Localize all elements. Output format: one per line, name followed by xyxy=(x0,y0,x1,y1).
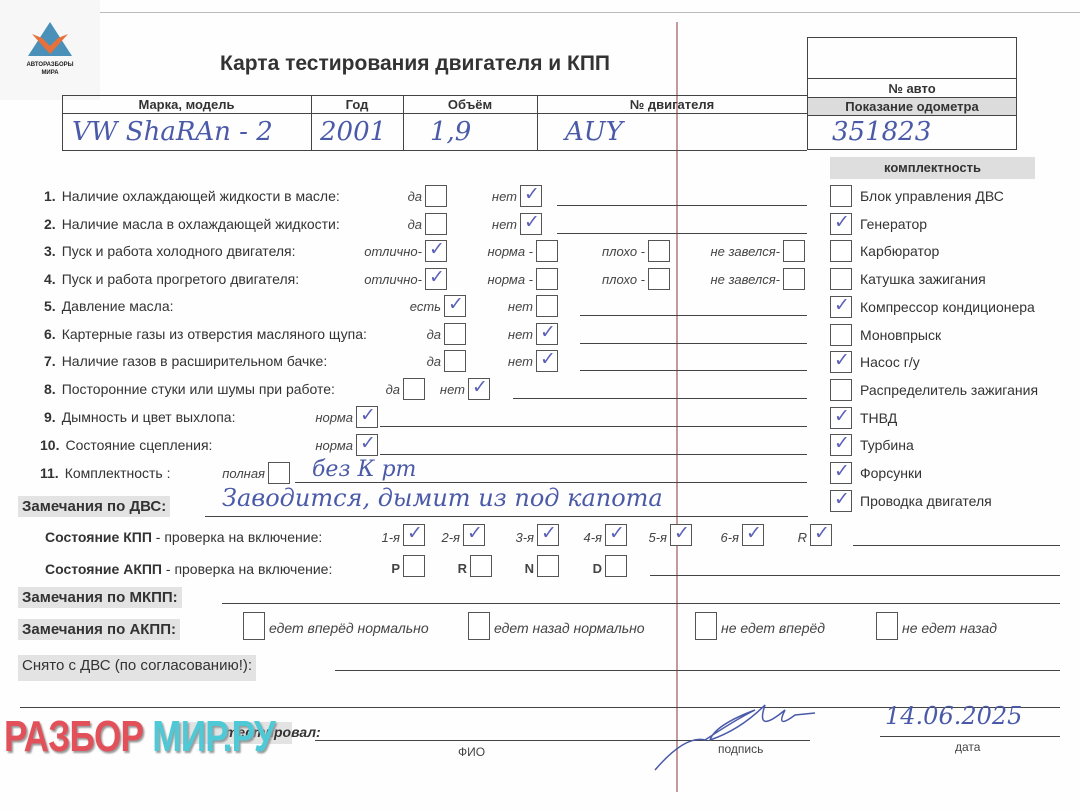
page-title: Карта тестирования двигателя и КПП xyxy=(220,52,610,76)
completeness-item-label: Карбюратор xyxy=(860,243,939,259)
completeness-item-label: Форсунки xyxy=(860,465,922,481)
odometer-label: Показание одометра xyxy=(807,99,1017,114)
option-label: отлично- xyxy=(364,272,422,287)
gear-label: D xyxy=(593,561,602,576)
completeness-checkbox[interactable] xyxy=(830,185,852,207)
gear-checkbox[interactable] xyxy=(742,524,764,546)
fold-line xyxy=(100,12,1080,13)
engine-no-label: № двигателя xyxy=(537,97,807,112)
option-checkbox[interactable] xyxy=(444,350,466,372)
option-label: нет xyxy=(508,354,533,369)
option-label: нет xyxy=(508,327,533,342)
option-checkbox[interactable] xyxy=(425,213,447,235)
option-label: да xyxy=(408,217,422,232)
engine-no-field[interactable]: AUY xyxy=(565,117,623,147)
option-checkbox[interactable] xyxy=(444,323,466,345)
completeness-checkbox[interactable] xyxy=(830,379,852,401)
gear-label: 3-я xyxy=(515,530,534,545)
option-checkbox[interactable] xyxy=(648,268,670,290)
completeness-item-label: Насос г/у xyxy=(860,354,920,370)
akpp-option-checkbox[interactable] xyxy=(468,612,490,640)
option-label: есть xyxy=(410,299,441,314)
logo-line2: МИРА xyxy=(0,70,100,76)
option-label: нет xyxy=(492,189,517,204)
gear-label: 2-я xyxy=(441,530,460,545)
completeness-note-field[interactable]: без К рт xyxy=(312,457,416,482)
gear-label: R xyxy=(458,561,467,576)
make-model-label: Марка, модель xyxy=(62,97,311,112)
odometer-field[interactable]: 351823 xyxy=(832,117,931,147)
check-label: 9.Дымность и цвет выхлопа: xyxy=(44,409,235,425)
option-checkbox[interactable] xyxy=(356,406,378,428)
option-checkbox[interactable] xyxy=(536,295,558,317)
manual-gearbox-label: Состояние КПП - проверка на включение: xyxy=(45,529,322,545)
option-label: норма xyxy=(315,438,353,453)
akpp-option-checkbox[interactable] xyxy=(243,612,265,640)
option-label: да xyxy=(427,354,441,369)
option-label: нет xyxy=(508,299,533,314)
completeness-checkbox[interactable] xyxy=(830,296,852,318)
option-label: нет xyxy=(492,217,517,232)
gear-label: 4-я xyxy=(583,530,602,545)
year-field[interactable]: 2001 xyxy=(320,117,386,147)
option-checkbox[interactable] xyxy=(268,462,290,484)
option-label: норма - xyxy=(487,244,533,259)
removed-field[interactable] xyxy=(335,670,1060,671)
option-label: да xyxy=(427,327,441,342)
gear-label: N xyxy=(525,561,534,576)
car-no-field[interactable] xyxy=(807,40,1017,76)
completeness-checkbox[interactable] xyxy=(830,213,852,235)
option-checkbox[interactable] xyxy=(536,240,558,262)
option-checkbox[interactable] xyxy=(520,213,542,235)
option-label: норма xyxy=(315,410,353,425)
option-checkbox[interactable] xyxy=(520,185,542,207)
completeness-item-label: Моновпрыск xyxy=(860,327,941,343)
car-no-label: № авто xyxy=(807,81,1017,96)
completeness-item-label: Распределитель зажигания xyxy=(860,382,1038,398)
option-label: нет xyxy=(440,382,465,397)
completeness-item-label: Турбина xyxy=(860,437,914,453)
gear-checkbox[interactable] xyxy=(605,524,627,546)
mountain-check-logo-icon xyxy=(28,22,72,58)
check-label: 4.Пуск и работа прогретого двигателя: xyxy=(44,271,299,287)
margin-line xyxy=(676,22,678,792)
gear-checkbox[interactable] xyxy=(470,555,492,577)
gear-label: 6-я xyxy=(720,530,739,545)
check-label: 5.Давление масла: xyxy=(44,298,174,314)
option-label: норма - xyxy=(487,272,533,287)
option-label: да xyxy=(408,189,422,204)
test-card-document: АВТОРАЗБОРЫ МИРА Карта тестирования двиг… xyxy=(0,0,1080,810)
check-label: 1.Наличие охлаждающей жидкости в масле: xyxy=(44,188,340,204)
date-field[interactable]: 14.06.2025 xyxy=(885,702,1022,730)
akpp-option-checkbox[interactable] xyxy=(695,612,717,640)
signature-mark xyxy=(645,695,825,775)
option-checkbox[interactable] xyxy=(783,240,805,262)
engine-remarks-field[interactable]: Заводится, дымит из под капота xyxy=(222,484,663,512)
option-checkbox[interactable] xyxy=(536,268,558,290)
logo-line1: АВТОРАЗБОРЫ xyxy=(0,62,100,68)
completeness-item-label: ТНВД xyxy=(860,410,897,426)
option-checkbox[interactable] xyxy=(468,378,490,400)
check-label: 10.Состояние сцепления: xyxy=(40,437,212,453)
gear-checkbox[interactable] xyxy=(403,555,425,577)
check-label: 3.Пуск и работа холодного двигателя: xyxy=(44,243,296,259)
completeness-checkbox[interactable] xyxy=(830,490,852,512)
completeness-item-label: Компрессор кондиционера xyxy=(860,299,1035,315)
gear-checkbox[interactable] xyxy=(537,524,559,546)
gear-checkbox[interactable] xyxy=(605,555,627,577)
gear-label: R xyxy=(798,530,807,545)
completeness-item-label: Катушка зажигания xyxy=(860,271,986,287)
akpp-option-label: не едет вперёд xyxy=(721,620,825,636)
gear-label: 1-я xyxy=(381,530,400,545)
option-label: плохо - xyxy=(602,272,645,287)
option-checkbox[interactable] xyxy=(356,434,378,456)
option-checkbox[interactable] xyxy=(425,268,447,290)
completeness-checkbox[interactable] xyxy=(830,462,852,484)
volume-field[interactable]: 1,9 xyxy=(430,117,471,147)
mkpp-remarks-label: Замечания по МКПП: xyxy=(18,587,182,608)
gear-checkbox[interactable] xyxy=(403,524,425,546)
option-checkbox[interactable] xyxy=(783,268,805,290)
completeness-checkbox[interactable] xyxy=(830,407,852,429)
mkpp-remarks-field[interactable] xyxy=(222,603,1060,604)
check-label: 6.Картерные газы из отверстия масляного … xyxy=(44,326,367,342)
option-checkbox[interactable] xyxy=(444,295,466,317)
gear-label: P xyxy=(391,561,400,576)
gear-checkbox[interactable] xyxy=(810,524,832,546)
completeness-item-label: Генератор xyxy=(860,216,927,232)
option-checkbox[interactable] xyxy=(425,240,447,262)
akpp-option-label: не едет назад xyxy=(902,620,997,636)
fio-caption: ФИО xyxy=(458,745,485,759)
option-checkbox[interactable] xyxy=(403,378,425,400)
completeness-checkbox[interactable] xyxy=(830,268,852,290)
completeness-header: комплектность xyxy=(830,157,1035,179)
completeness-checkbox[interactable] xyxy=(830,434,852,456)
volume-label: Объём xyxy=(403,97,537,112)
engine-remarks-label: Замечания по ДВС: xyxy=(18,496,170,517)
akpp-option-label: едет назад нормально xyxy=(494,620,645,636)
check-label: 2.Наличие масла в охлаждающей жидкости: xyxy=(44,216,340,232)
option-checkbox[interactable] xyxy=(648,240,670,262)
completeness-item-label: Блок управления ДВС xyxy=(860,188,1004,204)
completeness-checkbox[interactable] xyxy=(830,324,852,346)
option-checkbox[interactable] xyxy=(536,350,558,372)
removed-label: Снято с ДВС (по согласованию!): xyxy=(18,655,256,681)
option-label: не завелся- xyxy=(710,244,780,259)
completeness-item-label: Проводка двигателя xyxy=(860,493,992,509)
logo: АВТОРАЗБОРЫ МИРА xyxy=(0,0,100,100)
gear-checkbox[interactable] xyxy=(670,524,692,546)
option-label: полная xyxy=(222,466,265,481)
akpp-remarks-label: Замечания по АКПП: xyxy=(18,619,180,640)
gear-checkbox[interactable] xyxy=(463,524,485,546)
check-label: 7.Наличие газов в расширительном бачке: xyxy=(44,353,327,369)
year-label: Год xyxy=(311,97,403,112)
gear-checkbox[interactable] xyxy=(537,555,559,577)
completeness-checkbox[interactable] xyxy=(830,240,852,262)
watermark: РАЗБОР МИР.РУ xyxy=(4,712,275,762)
completeness-checkbox[interactable] xyxy=(830,351,852,373)
option-label: да xyxy=(386,382,400,397)
option-label: не завелся- xyxy=(710,272,780,287)
option-checkbox[interactable] xyxy=(425,185,447,207)
auto-gearbox-label: Состояние АКПП - проверка на включение: xyxy=(45,561,332,577)
option-label: плохо - xyxy=(602,244,645,259)
check-label: 11.Комплектность : xyxy=(40,465,171,481)
option-checkbox[interactable] xyxy=(536,323,558,345)
akpp-option-checkbox[interactable] xyxy=(876,612,898,640)
gear-label: 5-я xyxy=(648,530,667,545)
option-label: отлично- xyxy=(364,244,422,259)
make-model-field[interactable]: VW ShaRAn - 2 xyxy=(72,117,273,147)
check-label: 8.Посторонние стуки или шумы при работе: xyxy=(44,381,335,397)
date-caption: дата xyxy=(955,740,980,754)
akpp-option-label: едет вперёд нормально xyxy=(269,620,429,636)
